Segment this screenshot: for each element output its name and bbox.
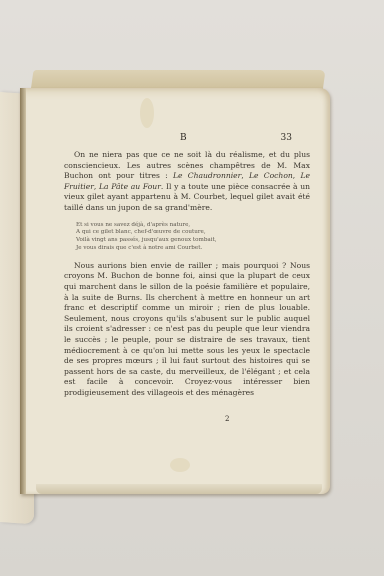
page-gutter	[20, 88, 26, 494]
stain	[140, 98, 154, 128]
verse-line: Je vous dirais que c'est à notre ami Cou…	[76, 245, 310, 253]
page-text: On ne niera pas que ce ne soit là du réa…	[64, 150, 310, 398]
signature-mark: B	[180, 133, 187, 143]
verse-line: Voilà vingt ans passés, jusqu'aux genoux…	[76, 237, 310, 245]
page-bottom-edge	[36, 484, 322, 494]
page-number: 33	[281, 133, 292, 143]
verse-line: A qui ce gilet blanc, chef-d'œuvre de co…	[76, 229, 310, 237]
verse-line: Et si vous ne savez déjà, d'après nature…	[76, 222, 310, 230]
paragraph-2: Nous aurions bien envie de railler ; mai…	[64, 261, 310, 399]
verse-quote: Et si vous ne savez déjà, d'après nature…	[76, 222, 310, 253]
stain	[170, 458, 190, 472]
footer-signature-mark: 2	[225, 415, 229, 423]
paragraph-1: On ne niera pas que ce ne soit là du réa…	[64, 150, 310, 214]
